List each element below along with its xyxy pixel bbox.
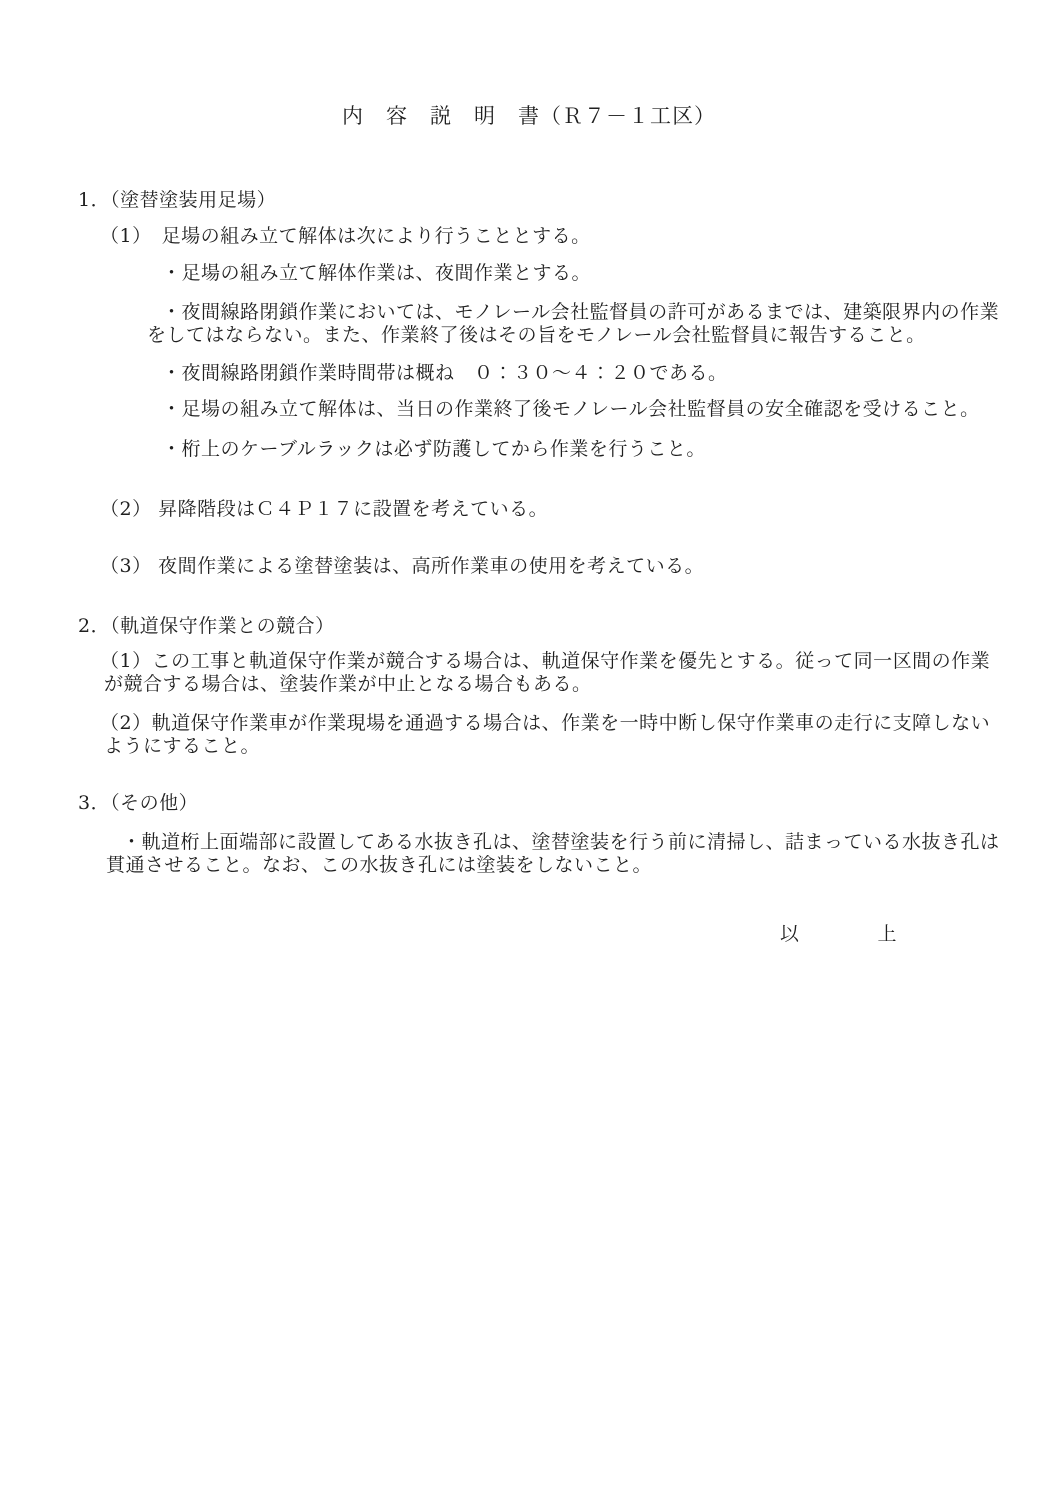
- section-1-bullet-4: ・足場の組み立て解体は、当日の作業終了後モノレール会社監督員の安全確認を受けるこ…: [147, 398, 980, 421]
- section-1-item-3: （3） 夜間作業による塗替塗装は、高所作業車の使用を考えている。: [100, 555, 704, 578]
- section-1-bullet-2: ・夜間線路閉鎖作業においては、モノレール会社監督員の許可があるまでは、建築限界内…: [147, 301, 999, 347]
- section-1-bullet-1: ・足場の組み立て解体作業は、夜間作業とする。: [147, 262, 591, 285]
- section-1-bullet-5: ・桁上のケーブルラックは必ず防護してから作業を行うこと。: [147, 438, 706, 461]
- section-2-item-2: （2）軌道保守作業車が作業現場を通過する場合は、作業を一時中断し保守作業車の走行…: [104, 712, 990, 758]
- section-3-bullet-1: ・軌道桁上面端部に設置してある水抜き孔は、塗替塗装を行う前に清掃し、詰まっている…: [106, 831, 1000, 877]
- document-title: 内 容 説 明 書（Ｒ７－１工区）: [0, 103, 1058, 129]
- section-1-bullet-3: ・夜間線路閉鎖作業時間帯は概ね ０：３０～４：２０である。: [147, 362, 728, 385]
- section-2-item-1: （1）この工事と軌道保守作業が競合する場合は、軌道保守作業を優先とする。従って同…: [104, 650, 990, 696]
- document-page: 内 容 説 明 書（Ｒ７－１工区） 1．（塗替塗装用足場） （1） 足場の組み立…: [0, 0, 1058, 1497]
- section-2-heading: 2．（軌道保守作業との競合）: [78, 615, 335, 638]
- closing-statement: 以 上: [780, 923, 897, 946]
- section-1-item-1: （1） 足場の組み立て解体は次により行うこととする。: [100, 225, 591, 248]
- section-1-heading: 1．（塗替塗装用足場）: [78, 189, 276, 212]
- section-1-item-2: （2） 昇降階段はＣ４Ｐ１７に設置を考えている。: [100, 498, 548, 521]
- section-3-heading: 3．（その他）: [78, 792, 198, 815]
